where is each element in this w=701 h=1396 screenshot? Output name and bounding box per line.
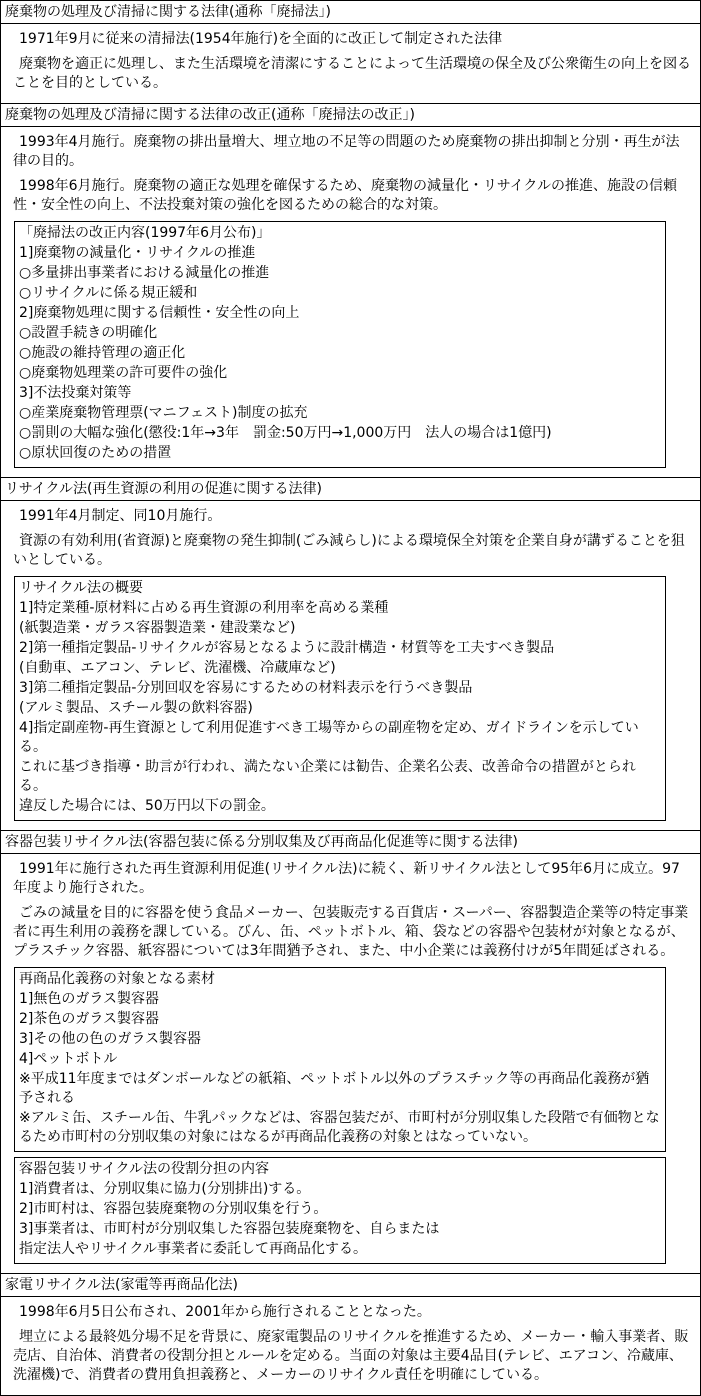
box-line: 4]ペットボトル xyxy=(19,1050,661,1069)
paragraph: 埋立による最終処分場不足を背景に、廃家電製品のリサイクルを推進するため、メーカー… xyxy=(13,1328,692,1385)
law-section: 廃棄物の処理及び清掃に関する法律(通称「廃掃法」)1971年9月に従来の清掃法(… xyxy=(0,0,701,104)
box-line: ○罰則の大幅な強化(懲役:1年→3年 罰金:50万円→1,000万円 法人の場合… xyxy=(19,424,661,443)
box-line: 1]消費者は、分別収集に協力(分別排出)する。 xyxy=(19,1180,661,1199)
law-section: 容器包装リサイクル法(容器包装に係る分別収集及び再商品化促進等に関する法律)19… xyxy=(0,830,701,1274)
paragraph: 1998年6月5日公布され、2001年から施行されることとなった。 xyxy=(13,1303,692,1322)
box-line: 2]第一種指定製品-リサイクルが容易となるように設計構造・材質等を工夫すべき製品 xyxy=(19,639,661,658)
box-line: ※平成11年度まではダンボールなどの紙箱、ペットボトル以外のプラスチック等の再商… xyxy=(19,1070,661,1108)
section-title: リサイクル法(再生資源の利用の促進に関する法律) xyxy=(1,478,700,501)
box-line: ○設置手続きの明確化 xyxy=(19,324,661,343)
box-line: 2]茶色のガラス製容器 xyxy=(19,1010,661,1029)
box-line: 3]第二種指定製品-分別回収を容易にするための材料表示を行うべき製品 xyxy=(19,679,661,698)
inner-box: 容器包装リサイクル法の役割分担の内容1]消費者は、分別収集に協力(分別排出)する… xyxy=(14,1157,666,1264)
box-line: ○廃棄物処理業の許可要件の強化 xyxy=(19,364,661,383)
box-line: ※アルミ缶、スチール缶、牛乳パックなどは、容器包装だが、市町村が分別収集した段階… xyxy=(19,1109,661,1147)
section-title: 廃棄物の処理及び清掃に関する法律の改正(通称「廃掃法の改正」) xyxy=(1,104,700,127)
inner-box: リサイクル法の概要1]特定業種-原材料に占める再生資源の利用率を高める業種(紙製… xyxy=(14,576,666,821)
box-line: ○多量排出事業者における減量化の推進 xyxy=(19,264,661,283)
section-title: 家電リサイクル法(家電等再商品化法) xyxy=(1,1274,700,1297)
box-line: リサイクル法の概要 xyxy=(19,579,661,598)
paragraph: 廃棄物を適正に処理し、また生活環境を清潔にすることによって生活環境の保全及び公衆… xyxy=(13,55,692,93)
section-title: 容器包装リサイクル法(容器包装に係る分別収集及び再商品化促進等に関する法律) xyxy=(1,831,700,854)
box-line: これに基づき指導・助言が行われ、満たない企業には勧告、企業名公表、改善命令の措置… xyxy=(19,758,661,796)
box-line: 3]その他の色のガラス製容器 xyxy=(19,1030,661,1049)
section-body: 1993年4月施行。廃棄物の排出量増大、埋立地の不足等の問題のため廃棄物の排出抑… xyxy=(1,127,700,477)
box-line: ○リサイクルに係る規正緩和 xyxy=(19,284,661,303)
box-line: 「廃掃法の改正内容(1997年6月公布)」 xyxy=(19,224,661,243)
paragraph: ごみの減量を目的に容器を使う食品メーカー、包装販売する百貨店・スーパー、容器製造… xyxy=(13,904,692,961)
paragraph: 1998年6月施行。廃棄物の適正な処理を確保するため、廃棄物の減量化・リサイクル… xyxy=(13,177,692,215)
box-line: (自動車、エアコン、テレビ、洗濯機、冷蔵庫など) xyxy=(19,659,661,678)
box-line: 1]無色のガラス製容器 xyxy=(19,990,661,1009)
inner-box: 「廃掃法の改正内容(1997年6月公布)」1]廃棄物の減量化・リサイクルの推進○… xyxy=(14,221,666,468)
section-body: 1991年4月制定、同10月施行。資源の有効利用(省資源)と廃棄物の発生抑制(ご… xyxy=(1,501,700,830)
paragraph: 資源の有効利用(省資源)と廃棄物の発生抑制(ごみ減らし)による環境保全対策を企業… xyxy=(13,532,692,570)
box-line: 1]特定業種-原材料に占める再生資源の利用率を高める業種 xyxy=(19,599,661,618)
paragraph: 1971年9月に従来の清掃法(1954年施行)を全面的に改正して制定された法律 xyxy=(13,30,692,49)
box-line: 指定法人やリサイクル事業者に委託して再商品化する。 xyxy=(19,1240,661,1259)
box-line: ○原状回復のための措置 xyxy=(19,444,661,463)
box-line: (アルミ製品、スチール製の飲料容器) xyxy=(19,699,661,718)
box-line: 3]事業者は、市町村が分別収集した容器包装廃棄物を、自らまたは xyxy=(19,1220,661,1239)
paragraph: 1991年に施行された再生資源利用促進(リサイクル法)に続く、新リサイクル法とし… xyxy=(13,860,692,898)
box-line: 容器包装リサイクル法の役割分担の内容 xyxy=(19,1160,661,1179)
section-title: 廃棄物の処理及び清掃に関する法律(通称「廃掃法」) xyxy=(1,1,700,24)
box-line: 4]指定副産物-再生資源として利用促進すべき工場等からの副産物を定め、ガイドライ… xyxy=(19,719,661,757)
box-line: 2]市町村は、容器包装廃棄物の分別収集を行う。 xyxy=(19,1200,661,1219)
section-body: 1971年9月に従来の清掃法(1954年施行)を全面的に改正して制定された法律廃… xyxy=(1,24,700,103)
box-line: 1]廃棄物の減量化・リサイクルの推進 xyxy=(19,244,661,263)
law-section: 廃棄物の処理及び清掃に関する法律の改正(通称「廃掃法の改正」)1993年4月施行… xyxy=(0,103,701,478)
law-section: リサイクル法(再生資源の利用の促進に関する法律)1991年4月制定、同10月施行… xyxy=(0,477,701,831)
paragraph: 1993年4月施行。廃棄物の排出量増大、埋立地の不足等の問題のため廃棄物の排出抑… xyxy=(13,133,692,171)
document: 廃棄物の処理及び清掃に関する法律(通称「廃掃法」)1971年9月に従来の清掃法(… xyxy=(0,0,701,1396)
box-line: 3]不法投棄対策等 xyxy=(19,384,661,403)
box-line: 2]廃棄物処理に関する信頼性・安全性の向上 xyxy=(19,304,661,323)
box-line: (紙製造業・ガラス容器製造業・建設業など) xyxy=(19,619,661,638)
inner-box: 再商品化義務の対象となる素材1]無色のガラス製容器2]茶色のガラス製容器3]その… xyxy=(14,967,666,1152)
box-line: ○施設の維持管理の適正化 xyxy=(19,344,661,363)
box-line: 違反した場合には、50万円以下の罰金。 xyxy=(19,797,661,816)
paragraph: 1991年4月制定、同10月施行。 xyxy=(13,507,692,526)
section-body: 1998年6月5日公布され、2001年から施行されることとなった。埋立による最終… xyxy=(1,1297,700,1395)
box-line: 再商品化義務の対象となる素材 xyxy=(19,970,661,989)
section-body: 1991年に施行された再生資源利用促進(リサイクル法)に続く、新リサイクル法とし… xyxy=(1,854,700,1273)
box-line: ○産業廃棄物管理票(マニフェスト)制度の拡充 xyxy=(19,404,661,423)
law-section: 家電リサイクル法(家電等再商品化法)1998年6月5日公布され、2001年から施… xyxy=(0,1273,701,1396)
